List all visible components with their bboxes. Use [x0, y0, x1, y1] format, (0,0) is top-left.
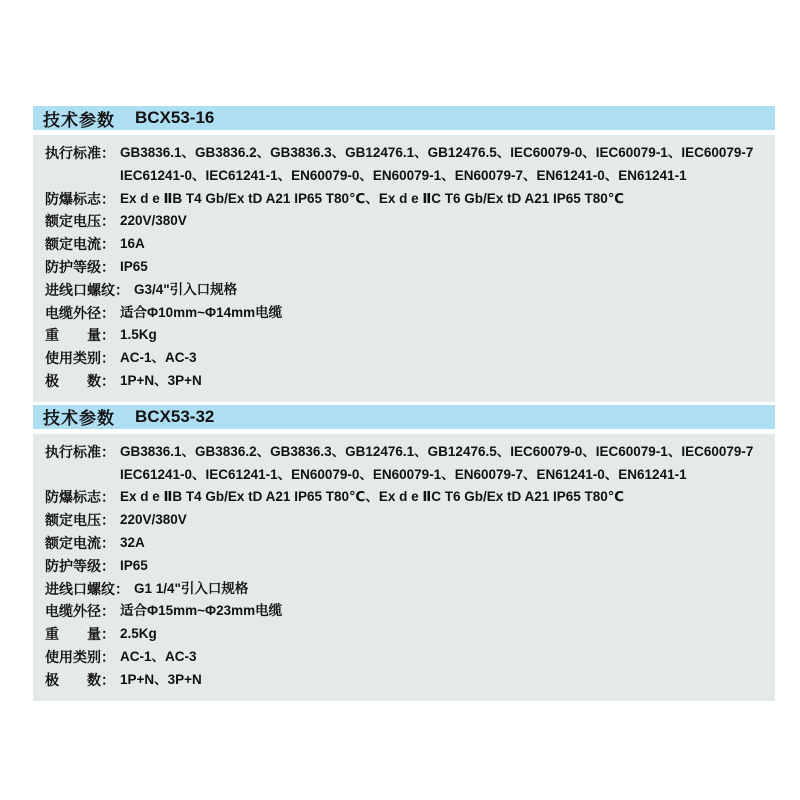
spec-row: 极 数： 1P+N、3P+N [45, 370, 771, 393]
row-value: GB3836.1、GB3836.2、GB3836.3、GB12476.1、GB1… [115, 441, 753, 487]
spec-row: 防护等级： IP65 [45, 256, 771, 279]
spec-row: 重 量： 1.5Kg [45, 324, 771, 347]
spec-row: 执行标准： GB3836.1、GB3836.2、GB3836.3、GB12476… [45, 441, 771, 487]
spec-row: 防爆标志： Ex d e ⅡB T4 Gb/Ex tD A21 IP65 T80… [45, 188, 771, 211]
row-label: 防爆标志： [45, 188, 115, 211]
section-body: 执行标准： GB3836.1、GB3836.2、GB3836.3、GB12476… [33, 434, 775, 701]
row-value-line: GB3836.1、GB3836.2、GB3836.3、GB12476.1、GB1… [120, 142, 753, 165]
row-value-line: IEC61241-0、IEC61241-1、EN60079-0、EN60079-… [120, 165, 753, 188]
section-title: 技术参数 [43, 404, 115, 429]
row-value-line: G3/4"引入口规格 [134, 279, 237, 302]
spec-document: 技术参数 BCX53-16 执行标准： GB3836.1、GB3836.2、GB… [33, 106, 775, 704]
row-label: 执行标准： [45, 142, 115, 165]
row-value-line: 适合Φ10mm~Φ14mm电缆 [120, 302, 282, 325]
row-value: GB3836.1、GB3836.2、GB3836.3、GB12476.1、GB1… [115, 142, 753, 188]
row-value: Ex d e ⅡB T4 Gb/Ex tD A21 IP65 T80℃、Ex d… [115, 486, 624, 509]
spec-row: 额定电流： 32A [45, 532, 771, 555]
row-label: 额定电流： [45, 233, 115, 256]
row-value-line: 220V/380V [120, 509, 187, 532]
row-label: 电缆外径： [45, 600, 115, 623]
row-value-line: AC-1、AC-3 [120, 347, 197, 370]
row-label: 防爆标志： [45, 486, 115, 509]
row-label: 重 量： [45, 324, 115, 347]
spec-row: 电缆外径： 适合Φ15mm~Φ23mm电缆 [45, 600, 771, 623]
row-value-line: Ex d e ⅡB T4 Gb/Ex tD A21 IP65 T80℃、Ex d… [120, 188, 624, 211]
row-label: 额定电压： [45, 509, 115, 532]
row-label: 防护等级： [45, 555, 115, 578]
row-value: 16A [115, 233, 145, 256]
spec-row: 防爆标志： Ex d e ⅡB T4 Gb/Ex tD A21 IP65 T80… [45, 486, 771, 509]
row-value: AC-1、AC-3 [115, 347, 197, 370]
row-value: G1 1/4"引入口规格 [129, 578, 248, 601]
row-label: 使用类别： [45, 646, 115, 669]
row-value: Ex d e ⅡB T4 Gb/Ex tD A21 IP65 T80℃、Ex d… [115, 188, 624, 211]
spec-row: 进线口螺纹： G1 1/4"引入口规格 [45, 578, 771, 601]
spec-row: 防护等级： IP65 [45, 555, 771, 578]
row-label: 防护等级： [45, 256, 115, 279]
row-label: 重 量： [45, 623, 115, 646]
row-value: 1.5Kg [115, 324, 157, 347]
row-value-line: 2.5Kg [120, 623, 157, 646]
row-value: IP65 [115, 555, 148, 578]
section-body: 执行标准： GB3836.1、GB3836.2、GB3836.3、GB12476… [33, 135, 775, 402]
row-label: 额定电压： [45, 210, 115, 233]
row-value-line: 1.5Kg [120, 324, 157, 347]
row-label: 使用类别： [45, 347, 115, 370]
spec-section: 技术参数 BCX53-16 执行标准： GB3836.1、GB3836.2、GB… [33, 106, 775, 402]
spec-row: 重 量： 2.5Kg [45, 623, 771, 646]
row-label: 进线口螺纹： [45, 578, 129, 601]
spec-row: 额定电压： 220V/380V [45, 210, 771, 233]
row-value-line: AC-1、AC-3 [120, 646, 197, 669]
row-value-line: Ex d e ⅡB T4 Gb/Ex tD A21 IP65 T80℃、Ex d… [120, 486, 624, 509]
row-value-line: 1P+N、3P+N [120, 669, 202, 692]
row-value-line: 220V/380V [120, 210, 187, 233]
row-value: 适合Φ10mm~Φ14mm电缆 [115, 302, 282, 325]
row-value-line: IP65 [120, 256, 148, 279]
row-value: 1P+N、3P+N [115, 370, 202, 393]
row-label: 极 数： [45, 669, 115, 692]
spec-row: 执行标准： GB3836.1、GB3836.2、GB3836.3、GB12476… [45, 142, 771, 188]
row-value-line: IP65 [120, 555, 148, 578]
row-value: 220V/380V [115, 509, 187, 532]
row-value: 32A [115, 532, 145, 555]
row-value: 220V/380V [115, 210, 187, 233]
section-title: 技术参数 [43, 106, 115, 131]
spec-row: 进线口螺纹： G3/4"引入口规格 [45, 279, 771, 302]
row-value-line: 1P+N、3P+N [120, 370, 202, 393]
row-value-line: GB3836.1、GB3836.2、GB3836.3、GB12476.1、GB1… [120, 441, 753, 464]
row-label: 电缆外径： [45, 302, 115, 325]
spec-row: 使用类别： AC-1、AC-3 [45, 646, 771, 669]
row-value-line: 32A [120, 532, 145, 555]
row-label: 额定电流： [45, 532, 115, 555]
row-value-line: IEC61241-0、IEC61241-1、EN60079-0、EN60079-… [120, 464, 753, 487]
row-value: G3/4"引入口规格 [129, 279, 237, 302]
section-header: 技术参数 BCX53-16 [33, 106, 775, 130]
row-value: 1P+N、3P+N [115, 669, 202, 692]
spec-row: 电缆外径： 适合Φ10mm~Φ14mm电缆 [45, 302, 771, 325]
spec-section: 技术参数 BCX53-32 执行标准： GB3836.1、GB3836.2、GB… [33, 405, 775, 701]
spec-row: 极 数： 1P+N、3P+N [45, 669, 771, 692]
row-value-line: 适合Φ15mm~Φ23mm电缆 [120, 600, 282, 623]
section-header: 技术参数 BCX53-32 [33, 405, 775, 429]
row-value: 2.5Kg [115, 623, 157, 646]
row-value: IP65 [115, 256, 148, 279]
spec-row: 额定电流： 16A [45, 233, 771, 256]
row-value: AC-1、AC-3 [115, 646, 197, 669]
section-model: BCX53-32 [135, 407, 214, 427]
row-label: 进线口螺纹： [45, 279, 129, 302]
spec-row: 使用类别： AC-1、AC-3 [45, 347, 771, 370]
spec-row: 额定电压： 220V/380V [45, 509, 771, 532]
row-value-line: 16A [120, 233, 145, 256]
section-model: BCX53-16 [135, 108, 214, 128]
row-value: 适合Φ15mm~Φ23mm电缆 [115, 600, 282, 623]
row-label: 执行标准： [45, 441, 115, 464]
row-value-line: G1 1/4"引入口规格 [134, 578, 248, 601]
row-label: 极 数： [45, 370, 115, 393]
